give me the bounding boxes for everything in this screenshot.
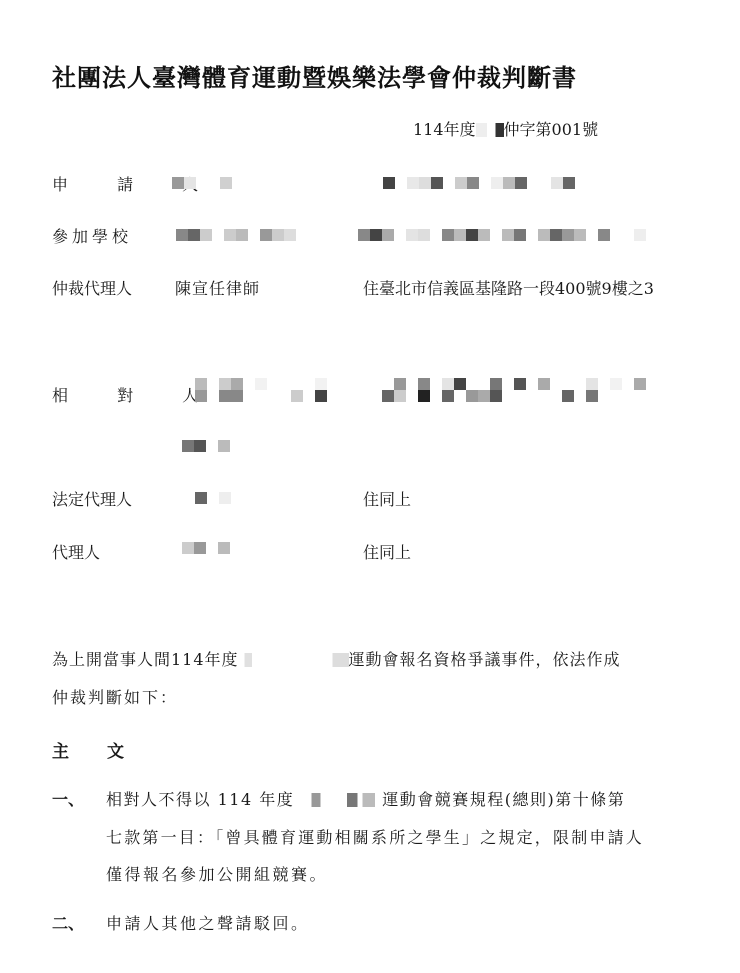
- document-title: 社團法人臺灣體育運動暨娛樂法學會仲裁判斷書: [52, 58, 577, 93]
- party-label-arbitration-agent: 仲裁代理人: [52, 276, 132, 299]
- redacted-agent-name: [182, 542, 230, 554]
- arbitration-agent-name: 陳宣任律師: [175, 276, 260, 299]
- party-label-school: 參加學校: [52, 224, 132, 247]
- arbitration-agent-address: 住臺北市信義區基隆路一段400號9樓之3: [363, 276, 654, 299]
- ruling-2-number: 二、: [52, 911, 84, 934]
- agent-address: 住同上: [363, 540, 411, 563]
- intro-line-1-prefix: 為上開當事人間114年度: [52, 650, 239, 669]
- party-label-agent: 代理人: [52, 540, 100, 563]
- case-number-prefix: 114年度: [413, 120, 476, 139]
- ruling-1-line-3: 僅得報名參加公開組競賽。: [106, 862, 328, 885]
- redacted-block: [476, 123, 504, 137]
- ruling-1-line-2: 七款第一目：「曾具體育運動相關系所之學生」之規定，限制申請人: [106, 825, 644, 848]
- case-number-suffix: 仲字第001號: [504, 120, 599, 139]
- ruling-2-line-1: 申請人其他之聲請駁回。: [106, 911, 310, 934]
- redacted-legal-representative-name: [195, 492, 231, 504]
- redacted-respondent-address: [370, 378, 646, 402]
- redacted-applicant-name: [172, 177, 232, 189]
- main-text-heading: 主文: [52, 737, 162, 762]
- ruling-1-line-1: 相對人不得以 114 年度運動會競賽規程(總則)第十條第: [106, 787, 625, 810]
- redacted-respondent-name: [195, 378, 327, 402]
- party-label-legal-representative: 法定代理人: [52, 487, 132, 510]
- redacted-school-address: [358, 229, 646, 241]
- redacted-block: [294, 793, 382, 807]
- intro-line-1: 為上開當事人間114年度運動會報名資格爭議事件，依法作成: [52, 647, 621, 670]
- ruling-1-number: 一、: [52, 787, 84, 810]
- redacted-respondent-extra: [182, 440, 230, 452]
- case-number: 114年度仲字第001號: [413, 117, 598, 140]
- intro-line-1-suffix: 運動會報名資格爭議事件，依法作成: [349, 650, 621, 669]
- redacted-school-name: [176, 229, 296, 241]
- intro-line-2: 仲裁判斷如下：: [52, 685, 178, 708]
- redacted-block: [239, 653, 349, 667]
- redacted-applicant-address: [383, 177, 575, 189]
- legal-representative-address: 住同上: [363, 487, 411, 510]
